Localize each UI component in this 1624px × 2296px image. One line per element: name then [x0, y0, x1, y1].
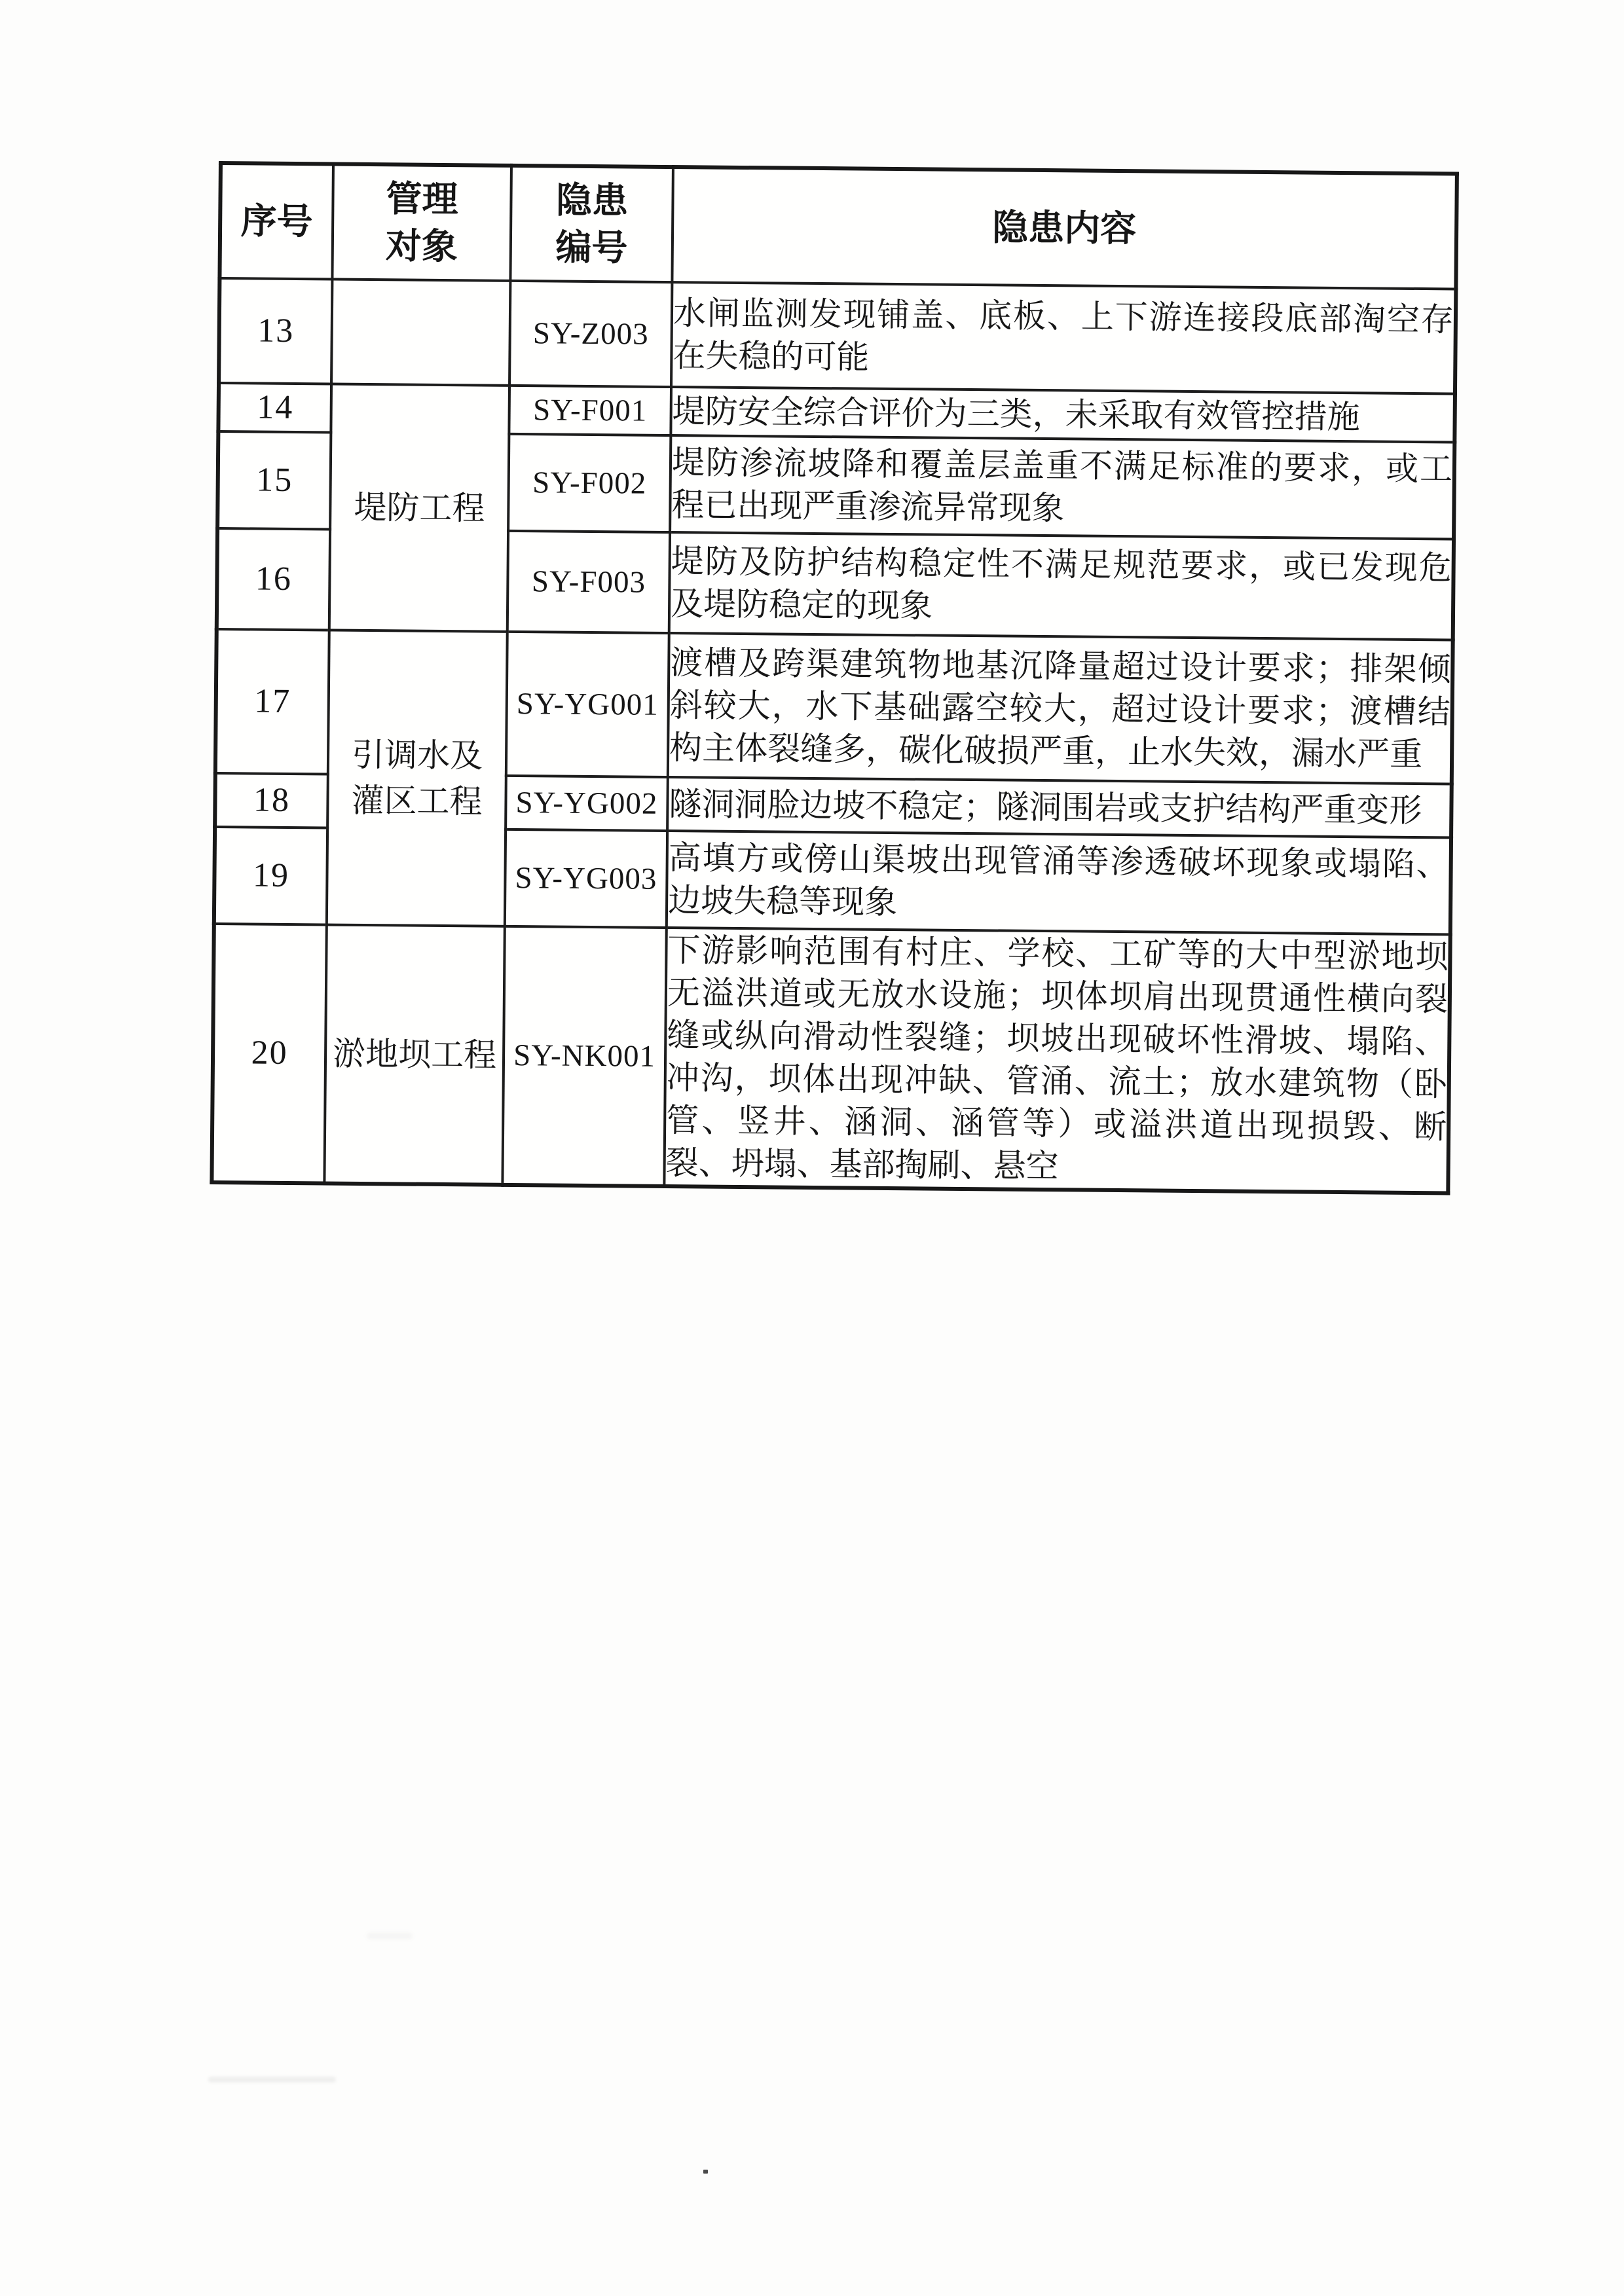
scan-smudge: [367, 1933, 413, 1939]
cell-code: SY-F002: [508, 434, 671, 532]
header-col-code: 隐患 编号: [510, 166, 673, 282]
cell-no: 14: [218, 383, 331, 432]
cell-group: 堤防工程: [329, 384, 509, 632]
cell-group: 淤地坝工程: [324, 924, 504, 1184]
document-page: 序号 管理 对象 隐患 编号 隐患内容 13 SY-Z003 水闸监测发现铺盖、…: [0, 0, 1624, 2296]
header-col-no: 序号: [219, 163, 333, 279]
hazard-table-wrapper: 序号 管理 对象 隐患 编号 隐患内容 13 SY-Z003 水闸监测发现铺盖、…: [210, 161, 1459, 1195]
table-row: 14 堤防工程 SY-F001 堤防安全综合评价为三类，未采取有效管控措施: [218, 383, 1455, 442]
cell-no: 13: [219, 278, 332, 384]
header-col-object: 管理 对象: [332, 164, 511, 281]
cell-content: 堤防及防护结构稳定性不满足规范要求，或已发现危及堤防稳定的现象: [669, 532, 1454, 640]
cell-code: SY-F001: [509, 386, 671, 435]
cell-no: 16: [217, 528, 330, 630]
cell-content: 隧洞洞脸边坡不稳定；隧洞围岩或支护结构严重变形: [667, 777, 1452, 837]
cell-no: 17: [215, 629, 329, 774]
table-row: 20 淤地坝工程 SY-NK001 下游影响范围有村庄、学校、工矿等的大中型淤地…: [212, 924, 1450, 1193]
cell-no: 19: [214, 827, 327, 924]
table-row: 13 SY-Z003 水闸监测发现铺盖、底板、上下游连接段底部淘空存在失稳的可能: [219, 278, 1456, 393]
table-row: 17 引调水及 灌区工程 SY-YG001 渡槽及跨渠建筑物地基沉降量超过设计要…: [215, 629, 1453, 784]
cell-code: SY-F003: [507, 531, 670, 633]
cell-no: 20: [212, 924, 326, 1183]
cell-code: SY-YG002: [506, 776, 668, 831]
cell-no: 15: [217, 431, 331, 529]
table-header-row: 序号 管理 对象 隐患 编号 隐患内容: [219, 163, 1456, 289]
header-col-content: 隐患内容: [672, 167, 1456, 289]
cell-content: 渡槽及跨渠建筑物地基沉降量超过设计要求；排架倾斜较大，水下基础露空较大，超过设计…: [668, 633, 1453, 784]
cell-code: SY-Z003: [509, 281, 672, 387]
cell-content: 下游影响范围有村庄、学校、工矿等的大中型淤地坝无溢洪道或无放水设施；坝体坝肩出现…: [664, 928, 1450, 1193]
scan-smudge: [208, 2077, 336, 2083]
scan-speck: [703, 2170, 708, 2174]
cell-content: 水闸监测发现铺盖、底板、上下游连接段底部淘空存在失稳的可能: [671, 282, 1456, 393]
cell-content: 高填方或傍山渠坡出现管涌等渗透破坏现象或塌陷、边坡失稳等现象: [667, 831, 1451, 934]
cell-group: [331, 280, 510, 386]
cell-content: 堤防安全综合评价为三类，未采取有效管控措施: [671, 387, 1455, 442]
hazard-table: 序号 管理 对象 隐患 编号 隐患内容 13 SY-Z003 水闸监测发现铺盖、…: [210, 161, 1459, 1195]
cell-no: 18: [215, 773, 328, 828]
cell-code: SY-NK001: [502, 926, 666, 1186]
cell-code: SY-YG001: [506, 632, 669, 777]
cell-code: SY-YG003: [505, 829, 667, 928]
cell-group: 引调水及 灌区工程: [327, 630, 507, 926]
cell-content: 堤防渗流坡降和覆盖层盖重不满足标准的要求，或工程已出现严重渗流异常现象: [670, 435, 1454, 539]
